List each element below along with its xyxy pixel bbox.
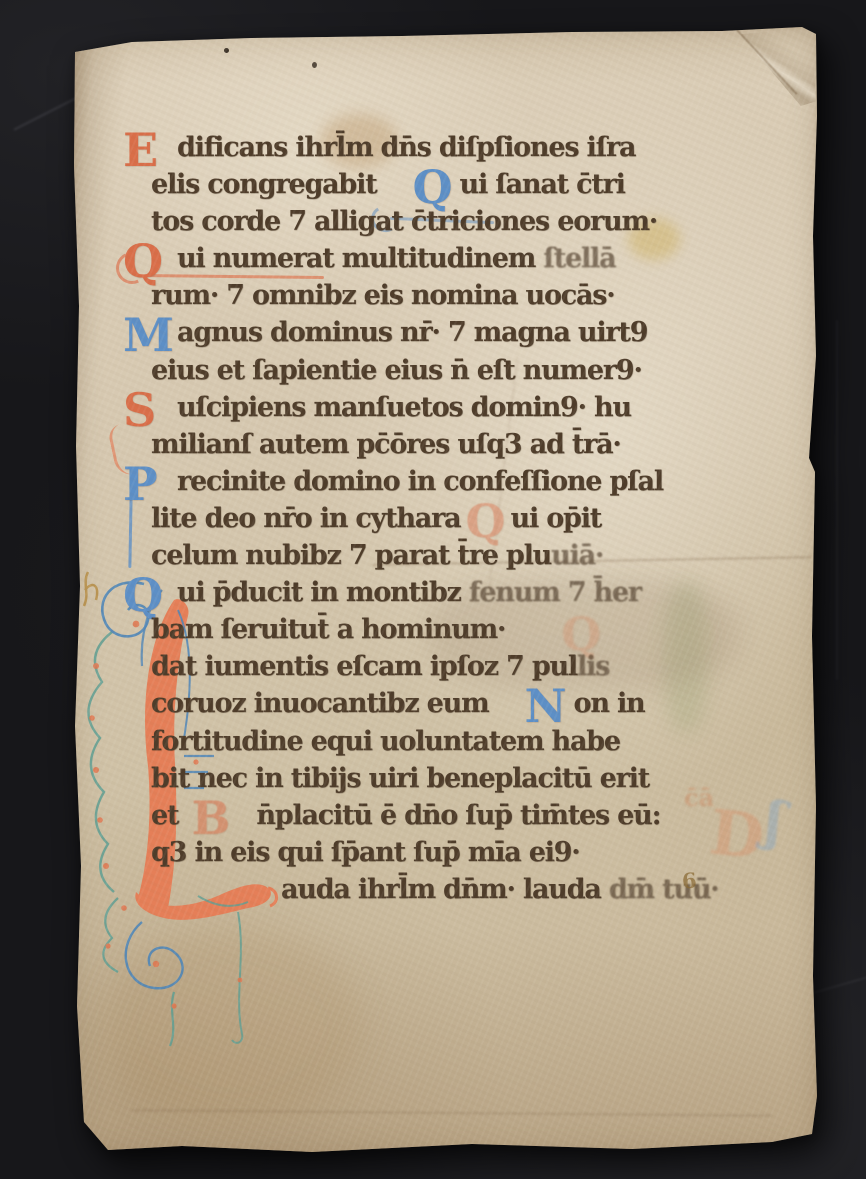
text-run: auda ihrl̄m dn̄m· lauda — [281, 874, 609, 905]
text-line-4: Qui numerat multitudinem ſtellā — [72, 243, 818, 280]
text-run: et — [151, 800, 186, 831]
text-run: elis congregabit — [151, 169, 376, 200]
text-run: rum· 7 omnibz eis nomina uocās· — [151, 280, 615, 311]
text-run: tos corde 7 alligat c̄triciones eorum· — [151, 206, 657, 237]
text-run: milianſ autem pc̄ōres uſq3 ad t̄rā· — [151, 429, 621, 460]
ink-dot — [224, 48, 229, 53]
text-run: ui op̄it — [511, 503, 602, 534]
text-run: n̄placitū ē dn̄o ſup̄ tim̄tes eū: — [256, 800, 660, 831]
folio-number: 6 — [681, 868, 697, 894]
text-line-9: milianſ autem pc̄ōres uſq3 ad t̄rā· — [72, 429, 818, 466]
text-line-16: coruoz inuocantibz eumNon in — [72, 688, 818, 725]
text-line-20: q3 in eis qui ſp̄ant ſup̄ mīa ei9· — [72, 837, 818, 874]
text-run: ſtellā — [543, 243, 615, 274]
corner-fold — [740, 28, 816, 106]
photograph-black-cloth-background: { "document": { "type_label": "Illuminat… — [0, 0, 866, 1179]
text-run: fortitudine equi uoluntatem habe — [151, 726, 620, 757]
ink-dot — [312, 62, 317, 68]
text-run: bit nec in tibijs uiri beneplacitū erit — [151, 763, 649, 794]
text-run: fenum 7 h̄er — [469, 577, 641, 608]
text-run: lis — [577, 651, 609, 682]
text-run: uiā· — [551, 540, 603, 571]
text-run: dat iumentis eſcam ipſoz 7 pul — [151, 651, 577, 682]
text-run: ui ſanat c̄tri — [460, 169, 625, 200]
text-line-13: Qui p̄ducit in montibz fenum 7 h̄er — [72, 577, 818, 614]
crease-line — [132, 1109, 772, 1117]
text-run: recinite domino in confeſſione pſal — [177, 466, 663, 497]
text-run: dificans ihrl̄m dn̄s diſpſiones iſra — [177, 132, 635, 163]
text-line-14: bam ſeruitut̄ a hominum·Q — [72, 614, 818, 651]
background-scratch — [836, 320, 838, 680]
text-line-3: tos corde 7 alligat c̄triciones eorum· — [72, 206, 818, 243]
text-line-12: celum nubibz 7 parat t̄re pluuiā· — [72, 540, 818, 577]
text-line-5: rum· 7 omnibz eis nomina uocās· — [72, 280, 818, 317]
text-line-18: bit nec in tibijs uiri beneplacitū erit — [72, 763, 818, 800]
text-line-6: Magnus dominus nr̄· 7 magna uirt9 — [72, 317, 818, 354]
manuscript-leaf-wrapper: Edificans ihrl̄m dn̄s diſpſiones iſraeli… — [72, 26, 820, 1158]
text-run: ui numerat multitudinem — [177, 243, 543, 274]
text-run: bam ſeruitut̄ a hominum· — [151, 614, 505, 645]
text-run: ui p̄ducit in montibz — [177, 577, 469, 608]
text-line-2: elis congregabitQui ſanat c̄tri — [72, 169, 818, 206]
text-line-15: dat iumentis eſcam ipſoz 7 pullis — [72, 651, 818, 688]
parchment-leaf: Edificans ihrl̄m dn̄s diſpſiones iſraeli… — [72, 26, 818, 1155]
text-line-19: et Bn̄placitū ē dn̄o ſup̄ tim̄tes eū: — [72, 800, 818, 837]
text-line-8: Suſcipiens manſuetos domin9· hu — [72, 392, 818, 429]
text-run: coruoz inuocantibz eum — [151, 688, 488, 719]
text-block: Edificans ihrl̄m dn̄s diſpſiones iſraeli… — [72, 132, 818, 911]
text-run: uſcipiens manſuetos domin9· hu — [177, 392, 631, 423]
text-line-10: Precinite domino in confeſſione pſal — [72, 466, 818, 503]
text-run: lite deo nr̄o in cythara — [151, 503, 460, 534]
text-run: dm̄ tuū· — [609, 874, 719, 905]
text-line-7: eius et ſapientie eius n̄ eſt numer9· — [72, 355, 818, 392]
text-run: agnus dominus nr̄· 7 magna uirt9 — [177, 317, 647, 348]
text-line-11: lite deo nr̄o in cytharaQui op̄it — [72, 503, 818, 540]
text-line-21: auda ihrl̄m dn̄m· lauda dm̄ tuū· — [72, 874, 818, 911]
text-run: on in — [574, 688, 645, 719]
text-line-17: fortitudine equi uoluntatem habe — [72, 726, 818, 763]
text-run: eius et ſapientie eius n̄ eſt numer9· — [151, 355, 642, 386]
